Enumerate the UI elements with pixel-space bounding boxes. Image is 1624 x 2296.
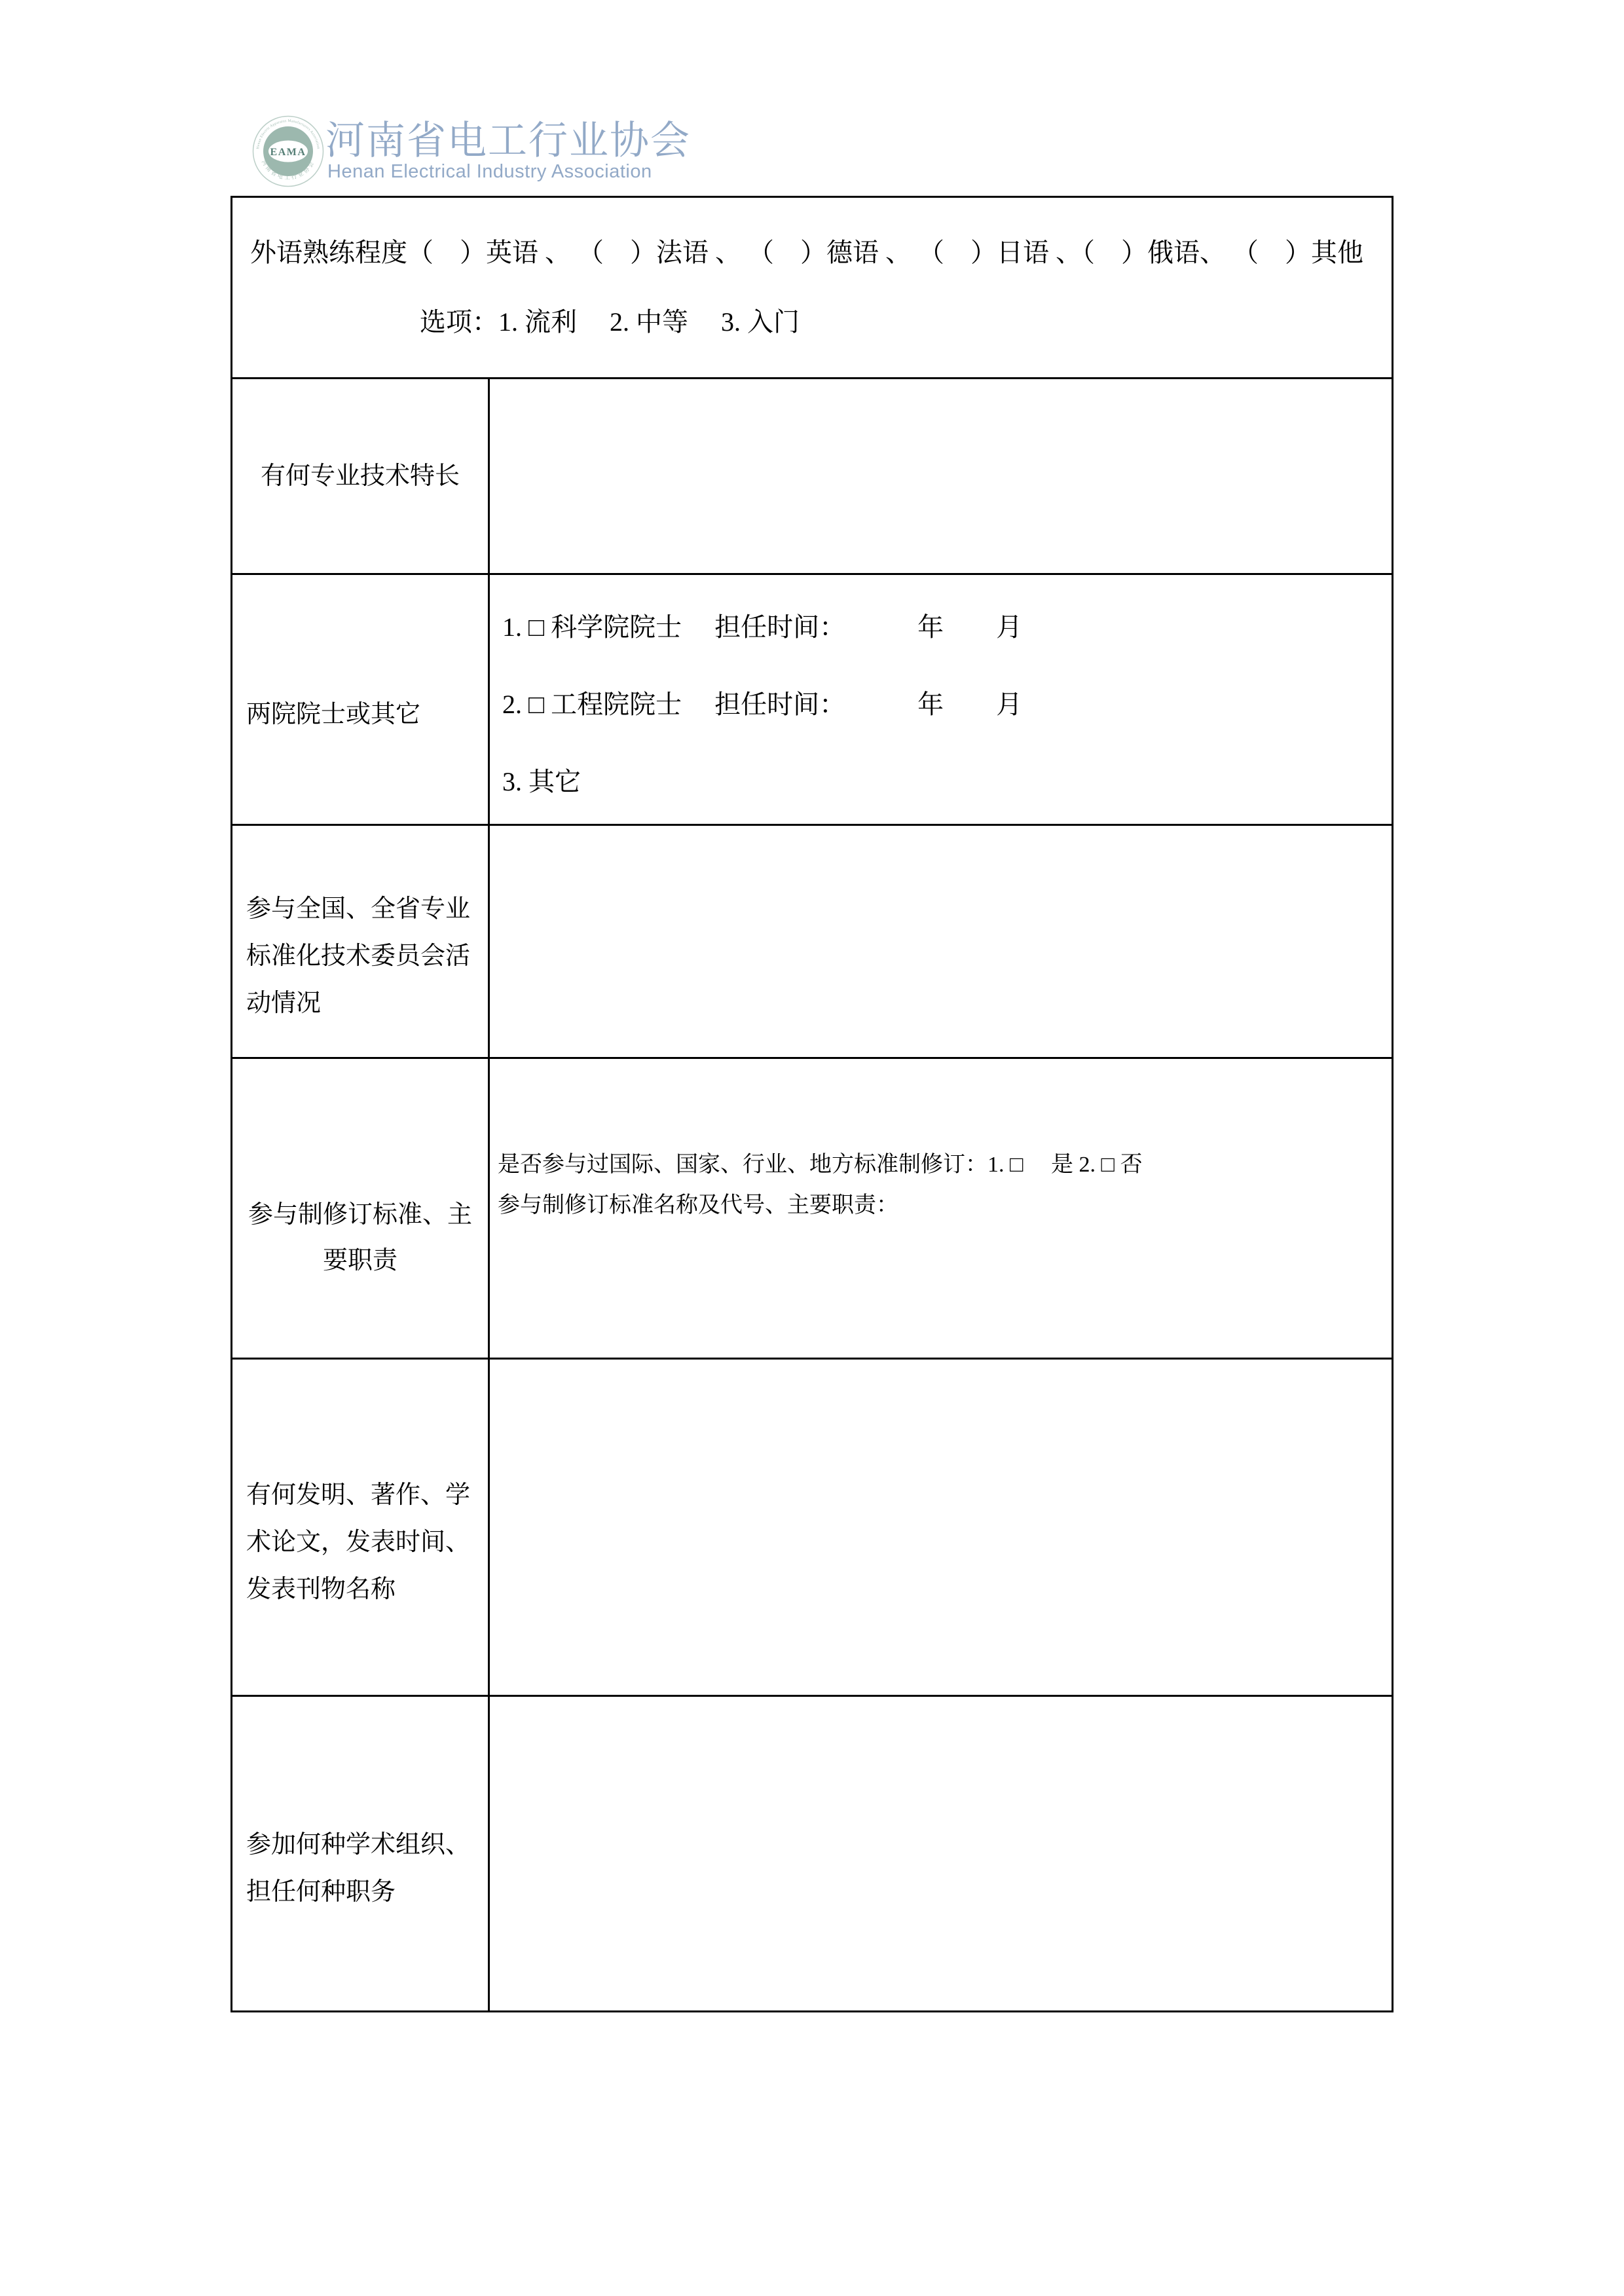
row-standards-committee: 参与全国、全省专业标准化技术委员会活动情况 (232, 824, 1392, 1057)
standards-committee-label: 参与全国、全省专业标准化技术委员会活动情况 (246, 885, 474, 1027)
standards-revision-label: 参与制修订标准、主要职责 (246, 1192, 474, 1284)
standards-revision-question-line: 是否参与过国际、国家、行业、地方标准制修订：1. □ 是 2. □ 否 (498, 1145, 1392, 1185)
row-publications: 有何发明、著作、学术论文，发表时间、发表刊物名称 (232, 1358, 1392, 1695)
organizations-label-cell: 参加何种学术组织、担任何种职务 (232, 1697, 490, 2010)
language-options-line: 选项：1. 流利 2. 中等 3. 入门 (250, 308, 1372, 337)
specialty-label-cell: 有何专业技术特长 (232, 379, 490, 573)
academician-option-other: 3. 其它 (502, 743, 1392, 821)
specialty-input-area (490, 379, 1392, 573)
association-logo-badge: Henan Electric Apparatus Manufacturers A… (252, 115, 324, 187)
row-standards-revision: 参与制修订标准、主要职责 是否参与过国际、国家、行业、地方标准制修订：1. □ … (232, 1057, 1392, 1358)
standards-committee-input-area (490, 826, 1392, 1057)
language-proficiency-cell: 外语熟练程度（ ）英语 、 （ ）法语 、 （ ）德语 、 （ ）日语 、（ ）… (232, 198, 1392, 377)
academician-option-engineering: 2. □ 工程院院士 担任时间： 年 月 (502, 666, 1392, 743)
publications-label: 有何发明、著作、学术论文，发表时间、发表刊物名称 (246, 1472, 474, 1613)
page: { "page": { "background": "#ffffff" }, "… (0, 0, 1624, 2296)
badge-center-text: EAMA (270, 147, 306, 158)
row-organizations: 参加何种学术组织、担任何种职务 (232, 1695, 1392, 2010)
academician-option-science: 1. □ 科学院院士 担任时间： 年 月 (502, 589, 1392, 666)
specialty-label: 有何专业技术特长 (246, 453, 474, 500)
row-language-proficiency: 外语熟练程度（ ）英语 、 （ ）法语 、 （ ）德语 、 （ ）日语 、（ ）… (232, 198, 1392, 377)
organizations-input-area (490, 1697, 1392, 2010)
standards-committee-label-cell: 参与全国、全省专业标准化技术委员会活动情况 (232, 826, 490, 1057)
standards-revision-label-cell: 参与制修订标准、主要职责 (232, 1059, 490, 1358)
row-specialty: 有何专业技术特长 (232, 377, 1392, 573)
language-proficiency-line: 外语熟练程度（ ）英语 、 （ ）法语 、 （ ）德语 、 （ ）日语 、（ ）… (250, 238, 1372, 267)
association-title-en: Henan Electrical Industry Association (327, 161, 652, 182)
row-academician: 两院院士或其它 1. □ 科学院院士 担任时间： 年 月 2. □ 工程院院士 … (232, 573, 1392, 824)
academician-label: 两院院士或其它 (246, 691, 474, 738)
standards-revision-detail-area: 是否参与过国际、国家、行业、地方标准制修订：1. □ 是 2. □ 否 参与制修… (490, 1059, 1392, 1358)
academician-label-cell: 两院院士或其它 (232, 575, 490, 824)
eama-seal-icon: Henan Electric Apparatus Manufacturers A… (252, 115, 324, 187)
organizations-label: 参加何种学术组织、担任何种职务 (246, 1821, 474, 1916)
association-title-zh: 河南省电工行业协会 (325, 120, 691, 161)
publications-label-cell: 有何发明、著作、学术论文，发表时间、发表刊物名称 (232, 1360, 490, 1695)
standards-revision-names-line: 参与制修订标准名称及代号、主要职责： (498, 1185, 1392, 1226)
publications-input-area (490, 1360, 1392, 1695)
form-table: 外语熟练程度（ ）英语 、 （ ）法语 、 （ ）德语 、 （ ）日语 、（ ）… (231, 196, 1393, 2012)
academician-options-area: 1. □ 科学院院士 担任时间： 年 月 2. □ 工程院院士 担任时间： 年 … (490, 575, 1392, 824)
